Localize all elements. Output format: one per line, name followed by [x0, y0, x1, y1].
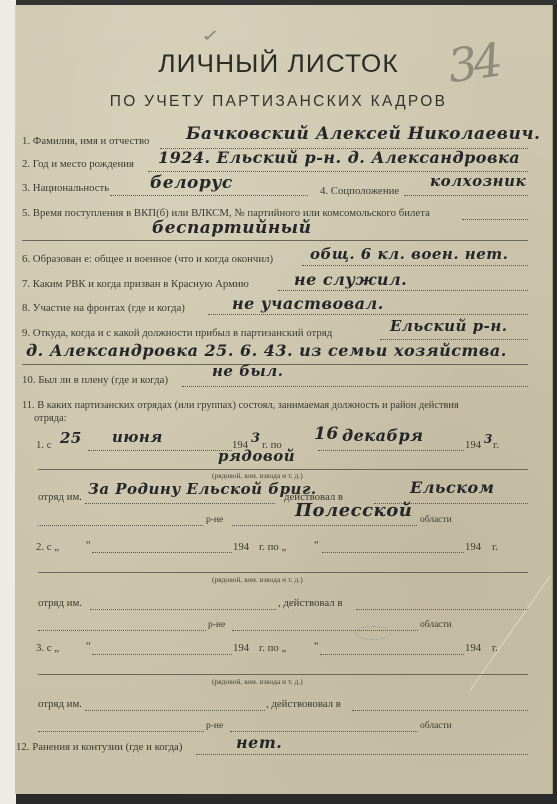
field-1-label: 1. Фамилия, имя и отчество [22, 135, 149, 147]
unit-2-to-year-prefix: 194 [465, 541, 481, 553]
unit-3-district-line [38, 731, 204, 732]
unit-1-position: рядовой [218, 447, 295, 465]
field-12-line [196, 754, 528, 755]
unit-1-from-month: июня [112, 428, 163, 446]
unit-2-from-quote: “ [86, 539, 91, 551]
unit-3-region-label: области [420, 721, 452, 731]
unit-3-year-suffix: г. по „ [259, 642, 286, 654]
field-3-value: белорус [150, 173, 233, 193]
unit-3-to-line [320, 654, 464, 655]
field-10-line [182, 386, 528, 387]
field-2-value: 1924. Ельский р-н. д. Александровка [158, 148, 520, 167]
unit-1-to-year-digit: 3 [484, 432, 493, 446]
field-6-line [302, 265, 528, 266]
field-9-line-a [380, 339, 528, 340]
field-7-value: не служил. [294, 270, 407, 289]
field-12-value: нет. [236, 733, 282, 752]
unit-2-to-quote: “ [314, 539, 319, 551]
field-10-value: не был. [212, 362, 284, 380]
unit-3-to-year-prefix: 194 [465, 642, 481, 654]
unit-1-position-line [38, 469, 528, 470]
unit-2-acted-label: , действовал в [278, 597, 342, 609]
field-3-label: 3. Национальность [22, 182, 109, 194]
field-9-value-line1: Ельский р-н. [390, 317, 508, 335]
faded-stamp-mark [355, 626, 391, 640]
unit-3-to-quote: “ [314, 640, 319, 652]
unit-2-region-label: области [420, 620, 452, 630]
check-mark-icon: ✓ [201, 26, 220, 45]
unit-3-detachment-label: отряд им. [38, 698, 82, 710]
unit-3-number: 3. с „ [36, 642, 59, 654]
field-11-label: 11. В каких партизанских отрядах (или гр… [22, 400, 459, 411]
field-6-value: общ. 6 кл. воен. нет. [310, 245, 508, 263]
field-1-value: Бачковский Алексей Николаевич. [186, 124, 540, 144]
field-8-line [208, 314, 528, 315]
field-5-line-b [22, 240, 528, 241]
field-5-value: беспартийный [152, 218, 311, 238]
unit-2-number: 2. с „ [36, 541, 59, 553]
unit-2-from-year-prefix: 194 [233, 541, 249, 553]
field-4-value: колхозник [430, 172, 526, 190]
unit-1-from-line [88, 450, 232, 451]
unit-3-acted-label: , действововал в [266, 698, 341, 710]
unit-1-number: 1. с [36, 439, 52, 451]
unit-1-region-line [232, 525, 417, 526]
unit-1-district-line [38, 525, 203, 526]
document-subtitle: ПО УЧЕТУ ПАРТИЗАНСКИХ КАДРОВ [0, 93, 557, 111]
unit-1-detachment: За Родину Ельской бриг. [88, 480, 317, 498]
unit-1-to-year-prefix: 194 [465, 439, 481, 451]
unit-1-position-hint: (рядовой, ком. взвода и т. д.) [212, 471, 303, 480]
field-8-label: 8. Участие на фронтах (где и когда) [22, 302, 185, 314]
unit-1-detachment-label: отряд им. [38, 491, 82, 503]
field-5-line-a [462, 219, 528, 220]
unit-2-acted-line [356, 609, 528, 610]
unit-1-acted-in: Ельском [410, 478, 494, 497]
field-9-value-line2: д. Александровка 25. 6. 43. из семьи хоз… [26, 341, 507, 360]
unit-2-year-suffix: г. по „ [259, 541, 286, 553]
scan-left-margin [0, 0, 16, 804]
unit-3-from-line [92, 654, 232, 655]
field-2-label: 2. Год и место рождения [22, 158, 134, 170]
unit-1-region-label: области [420, 515, 452, 525]
field-4-line [404, 195, 528, 196]
unit-1-region: Полесской [295, 500, 412, 521]
unit-3-position-hint: (рядовой, ком. взвода и т. д.) [212, 677, 303, 686]
unit-3-region-line [230, 731, 418, 732]
unit-3-from-quote: “ [86, 640, 91, 652]
unit-2-detachment-label: отряд им. [38, 597, 82, 609]
unit-1-to-line [318, 450, 464, 451]
field-4-label: 4. Соцположение [320, 185, 399, 197]
field-10-label: 10. Был ли в плену (где и когда) [22, 374, 168, 386]
unit-2-district-label: р-не [208, 620, 225, 630]
field-7-label: 7. Каким РВК и когда призван в Красную А… [22, 278, 249, 290]
unit-2-from-line [92, 552, 232, 553]
unit-2-to-line [322, 552, 464, 553]
field-12-label: 12. Ранения и контузии (где и когда) [16, 741, 182, 753]
unit-3-to-year-suffix: г. [492, 642, 498, 654]
unit-1-district-label: р-не [206, 515, 223, 525]
unit-3-district-label: р-не [206, 721, 223, 731]
unit-1-to-day: 16 [314, 424, 339, 444]
unit-3-from-year-prefix: 194 [233, 642, 249, 654]
field-8-value: не участвовал. [232, 294, 384, 313]
unit-3-acted-line [352, 710, 528, 711]
unit-1-to-year-suffix: г. [493, 439, 499, 451]
field-11-label-cont: отряда: [34, 413, 67, 424]
unit-1-from-day: 25 [60, 429, 82, 447]
unit-3-position-line [38, 674, 528, 675]
unit-1-to-month: декабря [342, 426, 423, 445]
unit-2-position-hint: (рядовой, ком. взвода и т. д.) [212, 575, 303, 584]
unit-2-district-line [38, 630, 206, 631]
unit-3-detachment-line [85, 710, 265, 711]
field-3-line [110, 195, 308, 196]
unit-2-position-line [38, 572, 528, 573]
field-9-label: 9. Откуда, когда и с какой должности при… [22, 327, 332, 339]
field-6-label: 6. Образован е: общее и военное (что и к… [22, 253, 273, 265]
document-title: ЛИЧНЫЙ ЛИСТОК [0, 50, 557, 79]
unit-2-to-year-suffix: г. [492, 541, 498, 553]
field-7-line [278, 290, 528, 291]
unit-2-detachment-line [90, 609, 276, 610]
unit-1-from-year-digit: 3 [251, 431, 261, 446]
unit-1-detachment-line [85, 503, 275, 504]
